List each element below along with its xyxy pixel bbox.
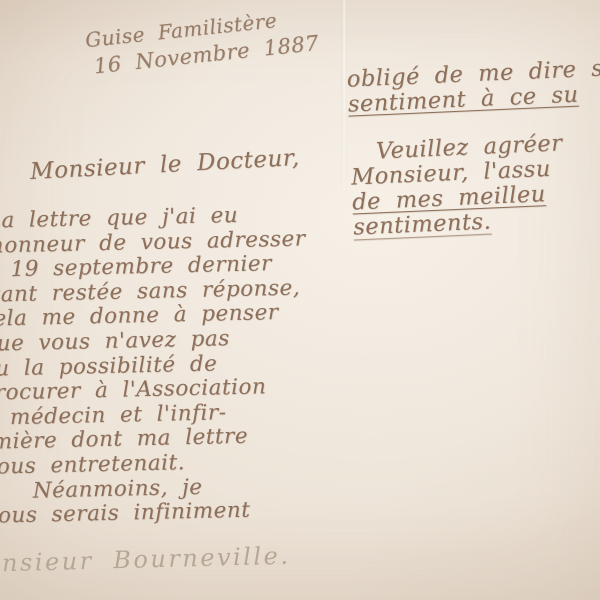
salutation: Monsieur le Docteur, [30, 145, 301, 185]
archival-annotation: Monsieur Bourneville. [0, 542, 291, 579]
paper-crease [341, 0, 347, 240]
letter-body: La lettre que j'ai eu l'honneur de vous … [0, 202, 312, 529]
body-line: vous serais infiniment [0, 497, 312, 529]
closing-block: obligé de me dire s sentiment à ce su Ve… [346, 56, 600, 240]
scanned-letter-page: Guise Familistère 16 Novembre 1887 oblig… [0, 0, 600, 600]
letterhead: Guise Familistère 16 Novembre 1887 [84, 4, 320, 79]
